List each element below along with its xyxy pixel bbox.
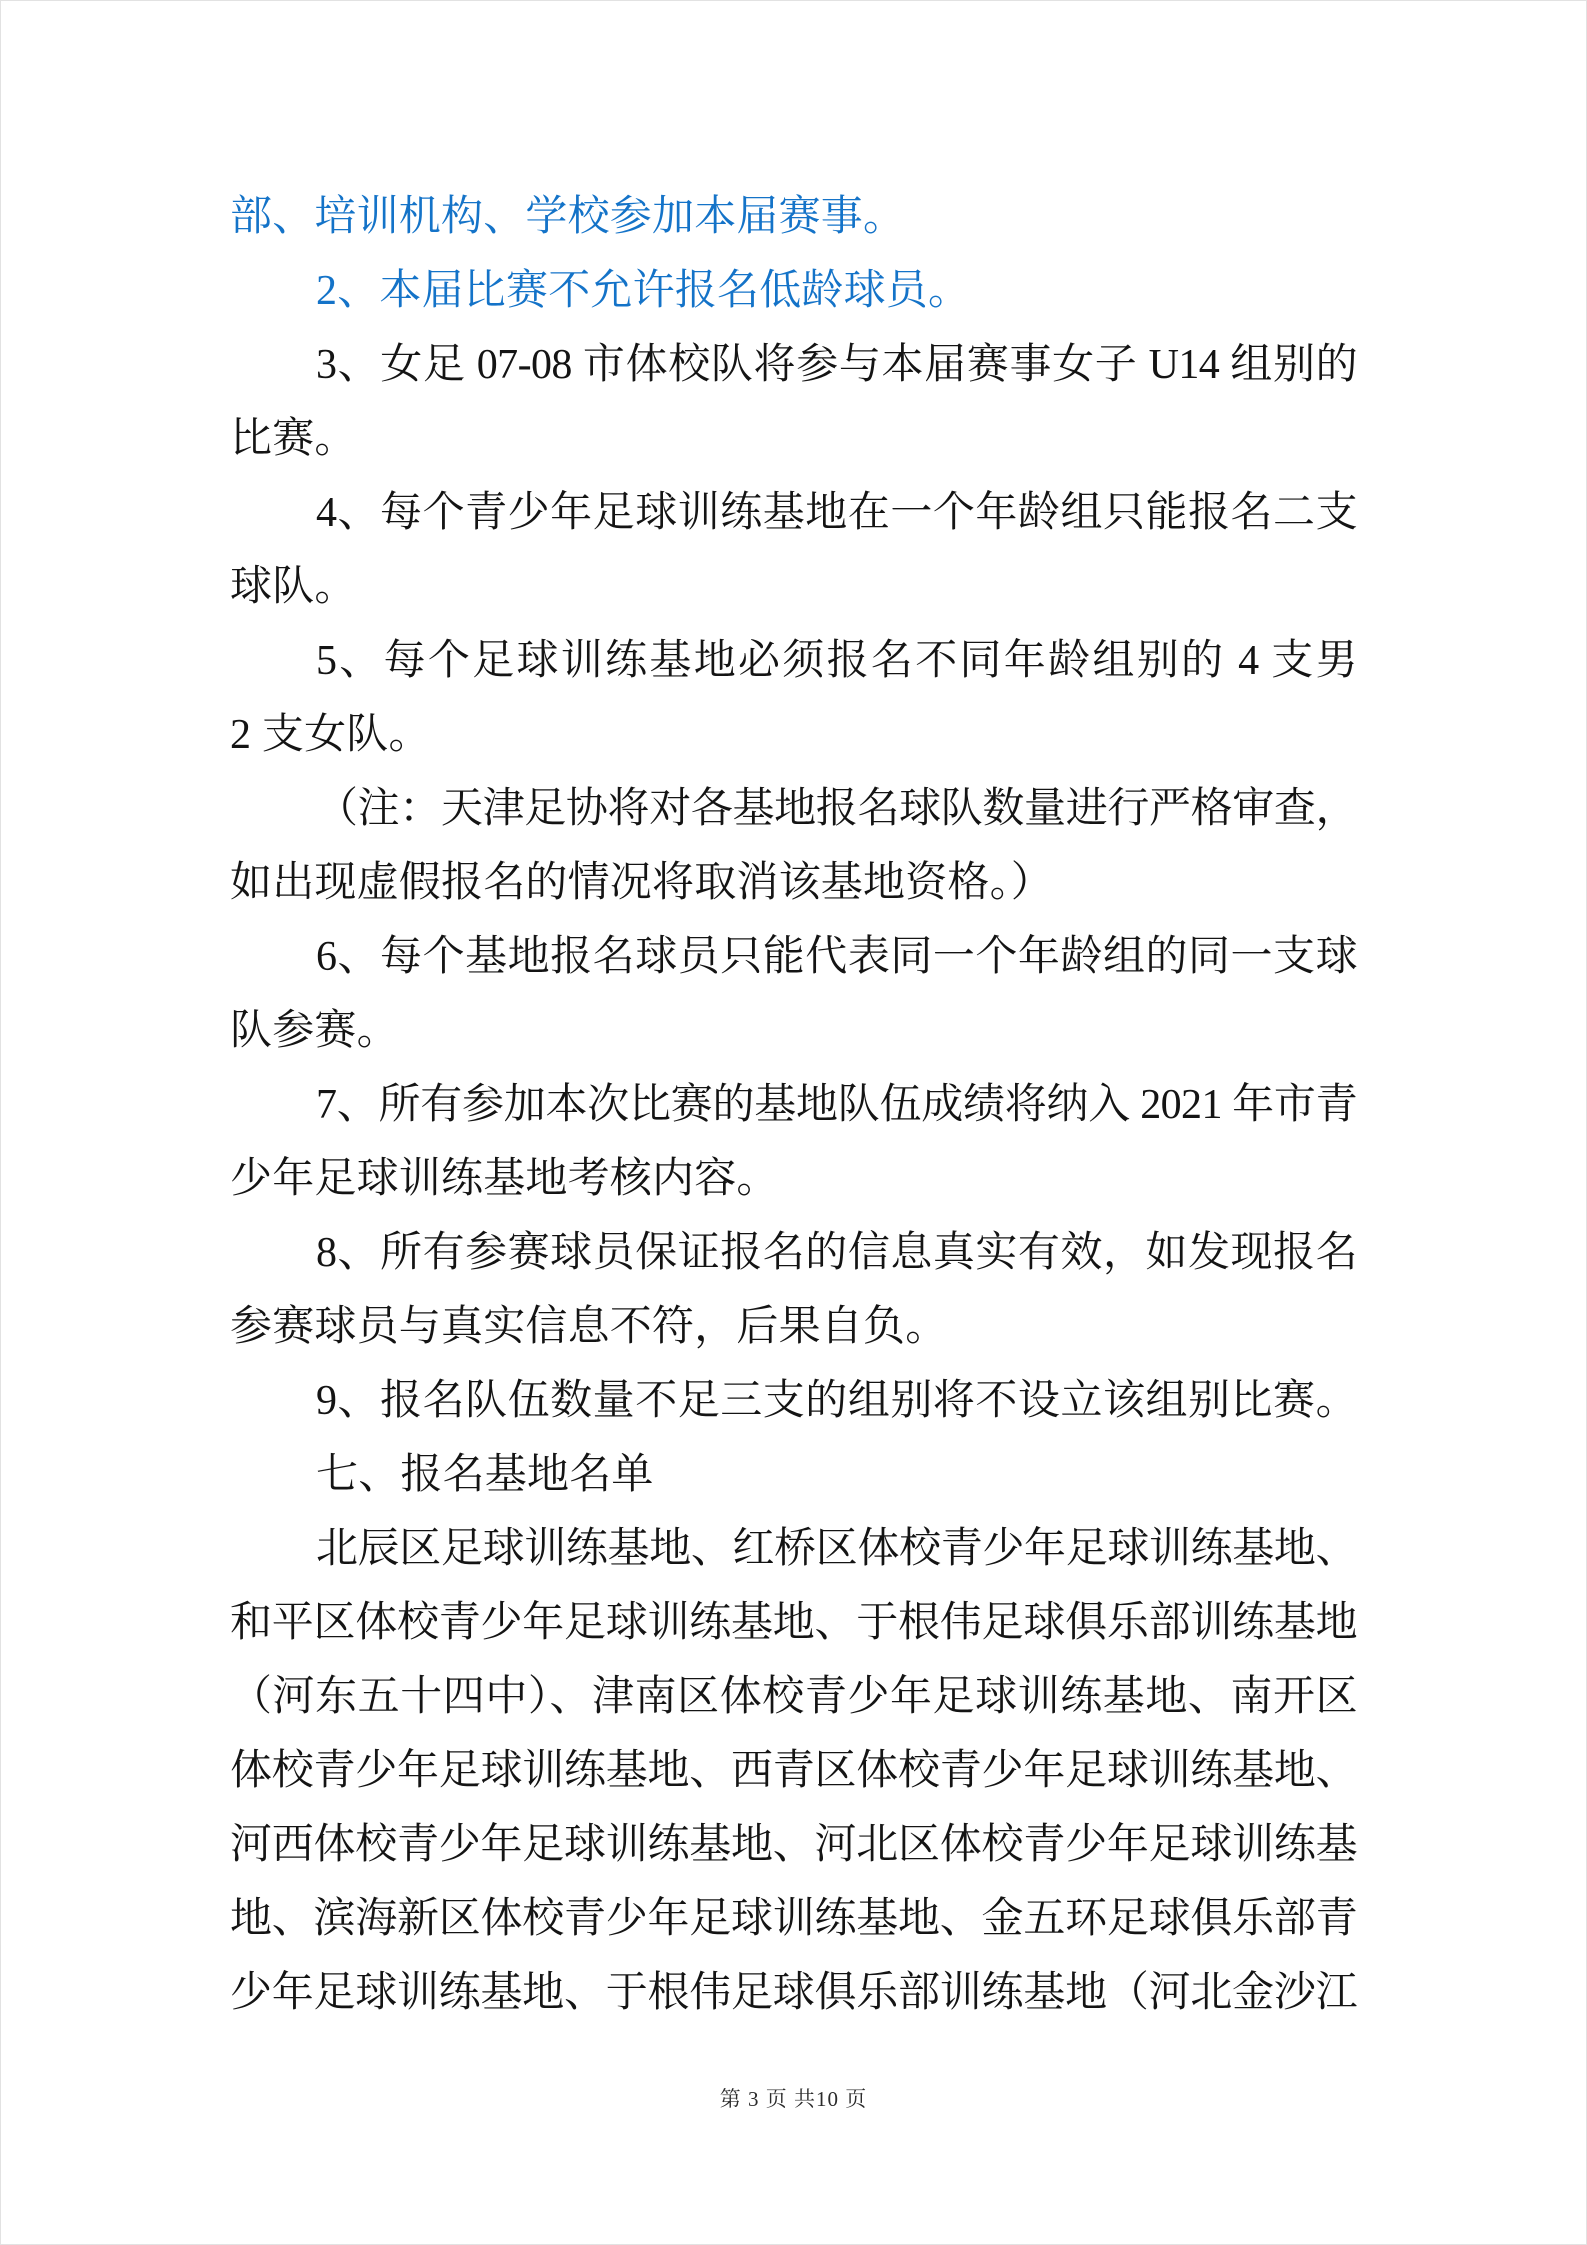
document-line: 球队。 xyxy=(230,550,1357,624)
document-line: （注：天津足协将对各基地报名球队数量进行严格审查， xyxy=(230,772,1357,846)
document-line: 少年足球训练基地、于根伟足球俱乐部训练基地（河北金沙江 xyxy=(230,1956,1357,2030)
page-number: 第 3 页 共10 页 xyxy=(0,2078,1587,2120)
document-line: 5、每个足球训练基地必须报名不同年龄组别的 4 支男队、 xyxy=(230,624,1357,698)
document-line: 2 支女队。 xyxy=(230,698,1357,772)
document-line: 河西体校青少年足球训练基地、河北区体校青少年足球训练基 xyxy=(230,1808,1357,1882)
document-line: 北辰区足球训练基地、红桥区体校青少年足球训练基地、 xyxy=(230,1512,1357,1586)
document-line: （河东五十四中）、津南区体校青少年足球训练基地、南开区 xyxy=(230,1660,1357,1734)
document-line: 6、每个基地报名球员只能代表同一个年龄组的同一支球 xyxy=(230,920,1357,994)
document-line: 如出现虚假报名的情况将取消该基地资格。） xyxy=(230,846,1357,920)
document-line: 参赛球员与真实信息不符，后果自负。 xyxy=(230,1290,1357,1364)
document-line: 7、所有参加本次比赛的基地队伍成绩将纳入 2021 年市青 xyxy=(230,1068,1357,1142)
document-line: 和平区体校青少年足球训练基地、于根伟足球俱乐部训练基地 xyxy=(230,1586,1357,1660)
document-line: 8、所有参赛球员保证报名的信息真实有效，如发现报名 xyxy=(230,1216,1357,1290)
document-line: 地、滨海新区体校青少年足球训练基地、金五环足球俱乐部青 xyxy=(230,1882,1357,1956)
document-body: 部、培训机构、学校参加本届赛事。2、本届比赛不允许报名低龄球员。3、女足 07-… xyxy=(230,180,1357,2030)
document-line: 2、本届比赛不允许报名低龄球员。 xyxy=(230,254,1357,328)
document-page: 部、培训机构、学校参加本届赛事。2、本届比赛不允许报名低龄球员。3、女足 07-… xyxy=(0,0,1587,2245)
document-line: 部、培训机构、学校参加本届赛事。 xyxy=(230,180,1357,254)
document-line: 少年足球训练基地考核内容。 xyxy=(230,1142,1357,1216)
document-line: 比赛。 xyxy=(230,402,1357,476)
document-line: 队参赛。 xyxy=(230,994,1357,1068)
document-line: 3、女足 07-08 市体校队将参与本届赛事女子 U14 组别的 xyxy=(230,328,1357,402)
document-line: 七、报名基地名单 xyxy=(230,1438,1357,1512)
document-line: 体校青少年足球训练基地、西青区体校青少年足球训练基地、 xyxy=(230,1734,1357,1808)
document-line: 9、报名队伍数量不足三支的组别将不设立该组别比赛。 xyxy=(230,1364,1357,1438)
document-line: 4、每个青少年足球训练基地在一个年龄组只能报名二支 xyxy=(230,476,1357,550)
